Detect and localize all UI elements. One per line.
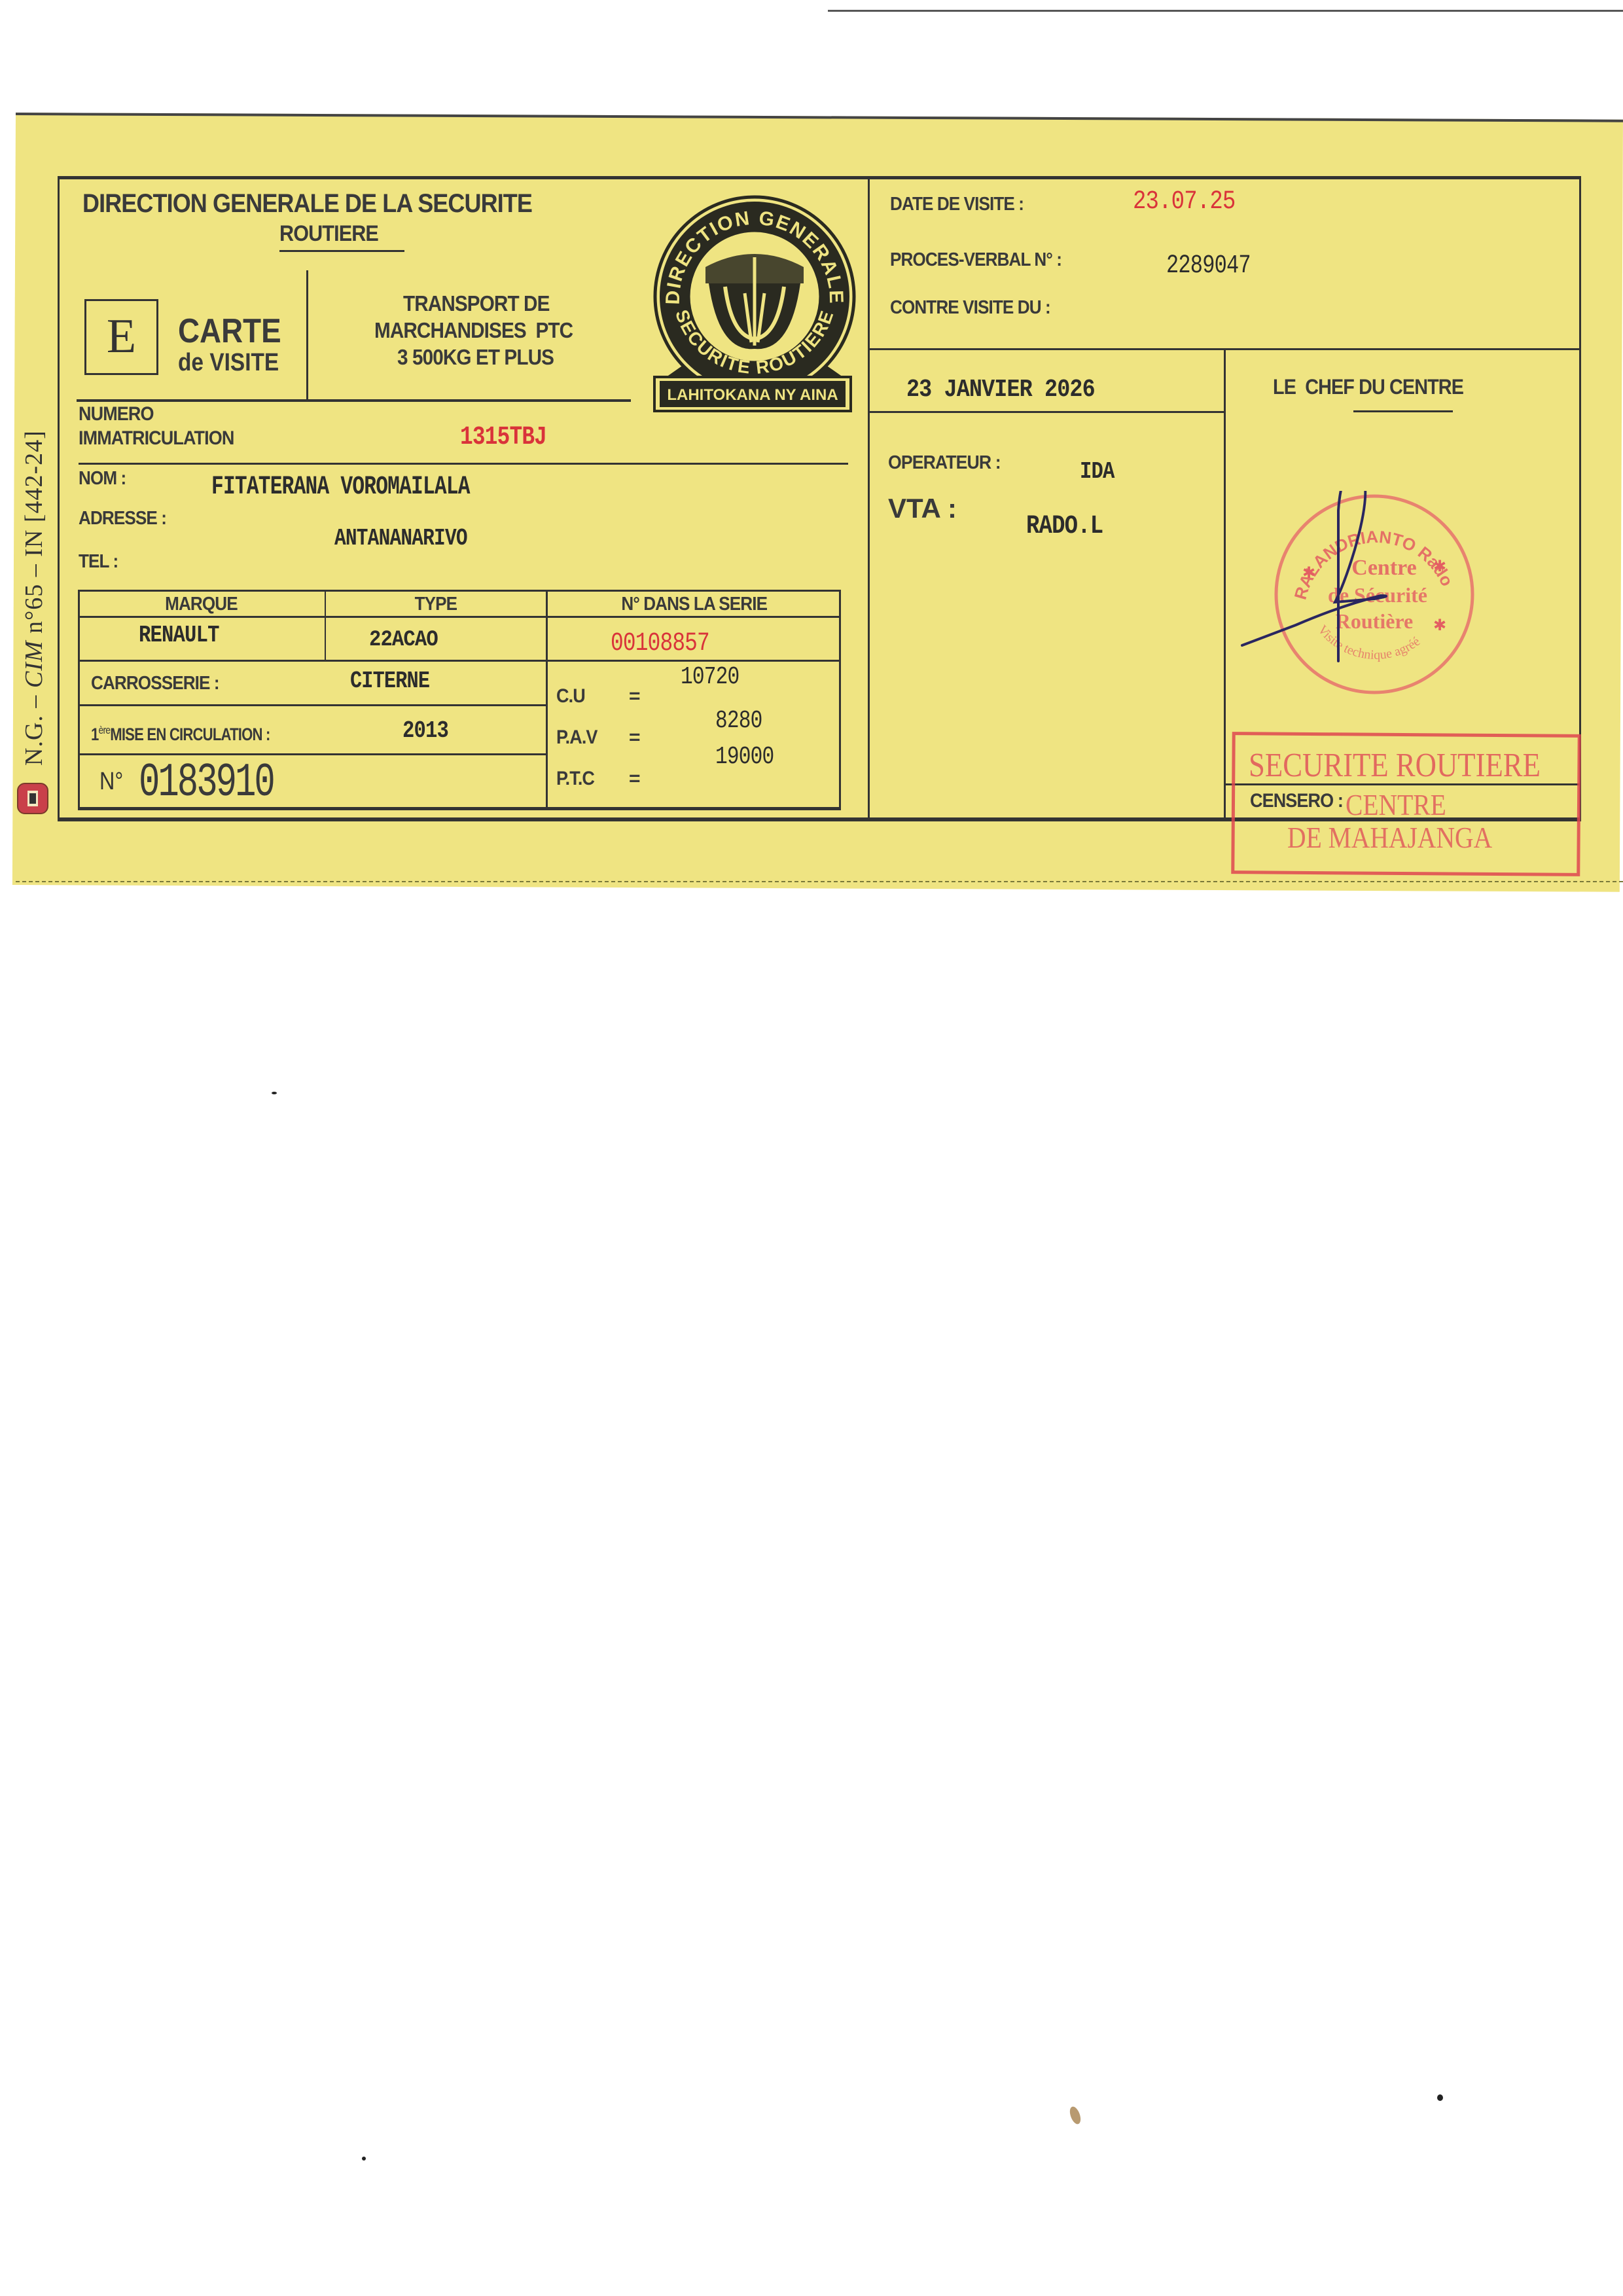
- registration-separator: [79, 463, 848, 465]
- header-separator: [77, 399, 631, 402]
- chef-signature: [1230, 491, 1440, 700]
- chef-label: LE CHEF DU CENTRE: [1273, 375, 1484, 399]
- category-letter-box: E: [84, 299, 158, 375]
- owner-name: FITATERANA VOROMAILALA: [211, 473, 543, 502]
- visit-date: 23.07.25: [1133, 187, 1253, 217]
- cu-eq: =: [629, 685, 640, 708]
- page-edge: [828, 10, 1623, 12]
- table-row-line: [78, 660, 841, 662]
- owner-address: ANTANANARIVO: [334, 525, 496, 552]
- dgsr-emblem-icon: DIRECTION GENERALE SECURITE ROUTIERE LAH…: [653, 195, 856, 414]
- chef-divider: [1224, 348, 1226, 821]
- registration-label-2: IMMATRICULATION: [79, 427, 251, 450]
- col-header-marque: MARQUE: [78, 594, 325, 615]
- operator-name: IDA: [1080, 458, 1120, 485]
- vehicle-type: 22ACAO: [369, 628, 445, 653]
- ptc-value: 19000: [715, 743, 787, 771]
- doc-serial-number: 0183910: [139, 756, 318, 810]
- main-vertical-divider: [868, 176, 870, 821]
- stamp-line-mahajanga: DE MAHAJANGA: [1287, 820, 1525, 855]
- table-header-line: [78, 616, 841, 618]
- doc-number-prefix: N°: [99, 768, 128, 796]
- pav-value: 8280: [715, 707, 772, 735]
- card-subtitle: de VISITE: [178, 349, 293, 377]
- registration-number: 1315TBJ: [460, 423, 565, 452]
- cu-label: C.U: [556, 685, 588, 708]
- pv-number: 2289047: [1166, 251, 1272, 281]
- vehicle-serial: 00108857: [611, 629, 731, 658]
- transport-category: TRANSPORT DE MARCHANDISES PTC 3 500KG ET…: [314, 290, 654, 370]
- table-col-divider: [546, 590, 548, 810]
- stamp-line-securite: SECURITE ROUTIERE: [1249, 746, 1588, 785]
- vta-label: VTA :: [888, 493, 957, 524]
- vehicle-make: RENAULT: [139, 622, 233, 649]
- scan-speck: [1437, 2094, 1443, 2101]
- pav-eq: =: [629, 726, 640, 749]
- issuer-title-line2: ROUTIERE: [279, 221, 389, 247]
- censero-label: CENSERO :: [1250, 790, 1353, 812]
- body-value: CITERNE: [350, 668, 444, 694]
- issuer-title: DIRECTION GENERALE DE LA SECURITE: [82, 189, 582, 219]
- ptc-label: P.T.C: [556, 768, 598, 790]
- card-tear-line: [16, 881, 1623, 882]
- first-registration-year: 2013: [402, 717, 456, 744]
- pav-label: P.A.V: [556, 726, 602, 749]
- side-print-reference: N.G. – CIM n°65 – IN [442-24]: [20, 430, 48, 766]
- stamp-line-centre: CENTRE: [1346, 787, 1463, 822]
- validity-date: 23 JANVIER 2026: [906, 376, 1120, 404]
- tel-label: TEL :: [79, 551, 122, 573]
- first-registration-label: 1èreMISE EN CIRCULATION :: [91, 724, 310, 745]
- chef-underline: [1353, 410, 1453, 412]
- card-title: CARTE: [178, 312, 295, 351]
- printer-logo-icon: [17, 783, 48, 814]
- col-header-type: TYPE: [326, 594, 546, 615]
- visit-date-label: DATE DE VISITE :: [890, 194, 1039, 215]
- validity-separator: [868, 411, 1224, 413]
- registration-label-1: NUMERO: [79, 403, 162, 425]
- table-row-line: [78, 704, 546, 706]
- operator-label: OPERATEUR :: [888, 452, 1010, 474]
- name-label: NOM :: [79, 468, 131, 490]
- col-header-serie: N° DANS LA SERIE: [548, 594, 841, 615]
- vta-name: RADO.L: [1026, 512, 1116, 541]
- counter-visit-label: CONTRE VISITE DU :: [890, 297, 1068, 319]
- header-divider: [306, 270, 308, 400]
- pv-label: PROCES-VERBAL N° :: [890, 249, 1080, 271]
- scan-speck: [272, 1092, 277, 1094]
- ptc-eq: =: [629, 768, 640, 790]
- body-label: CARROSSERIE :: [91, 673, 233, 694]
- scan-speck: [1068, 2105, 1083, 2125]
- table-row-line: [78, 753, 546, 755]
- title-underline: [279, 250, 404, 252]
- scan-speck: [362, 2157, 366, 2161]
- svg-text:LAHITOKANA NY AINA: LAHITOKANA NY AINA: [667, 386, 838, 404]
- address-label: ADRESSE :: [79, 508, 176, 529]
- cu-value: 10720: [681, 663, 752, 691]
